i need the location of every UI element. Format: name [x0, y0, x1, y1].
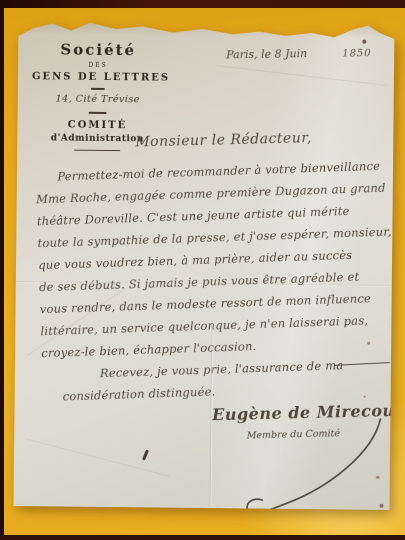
photo-frame-bottom — [0, 535, 405, 540]
ink-mark — [142, 449, 149, 460]
letterhead-divider — [89, 112, 107, 114]
foxing-spot — [376, 476, 380, 479]
fold-crease — [24, 438, 169, 477]
foxing-spot — [379, 504, 383, 508]
dateline-year: 1850 — [342, 48, 372, 59]
fold-crease — [217, 65, 388, 86]
letterhead-comite: COMITÉ — [31, 119, 163, 131]
foxing-spot — [364, 396, 366, 398]
signature-block: Eugène de Mirecourt Membre du Comité — [212, 401, 393, 442]
letterhead-des: DES — [32, 61, 164, 69]
salutation: Monsieur le Rédacteur, — [135, 130, 312, 150]
foxing-spot — [362, 40, 366, 44]
letterhead-gens-de-lettres: GENS DE LETTRES — [32, 71, 164, 83]
photo-frame-left — [0, 0, 4, 540]
dateline: Paris, le 8 Juin 1850 — [226, 46, 386, 62]
letterhead-society: Société — [32, 40, 164, 59]
letter-paper-wrap: Société DES GENS DE LETTRES 14, Cité Tré… — [13, 20, 394, 510]
letterhead-address: 14, Cité Trévise — [32, 93, 164, 105]
foxing-spot — [367, 342, 370, 345]
letterhead-rule — [74, 150, 120, 151]
signature-flourish — [198, 413, 397, 530]
letter-body: Permettez-moi de recommander à votre bie… — [35, 155, 395, 409]
dateline-place-date: Paris, le 8 Juin — [226, 47, 307, 61]
letter-paper: Société DES GENS DE LETTRES 14, Cité Tré… — [13, 20, 394, 510]
letterhead-ornament — [91, 88, 105, 90]
photo-frame-top — [0, 0, 405, 8]
letter-photograph: Société DES GENS DE LETTRES 14, Cité Tré… — [0, 0, 405, 540]
